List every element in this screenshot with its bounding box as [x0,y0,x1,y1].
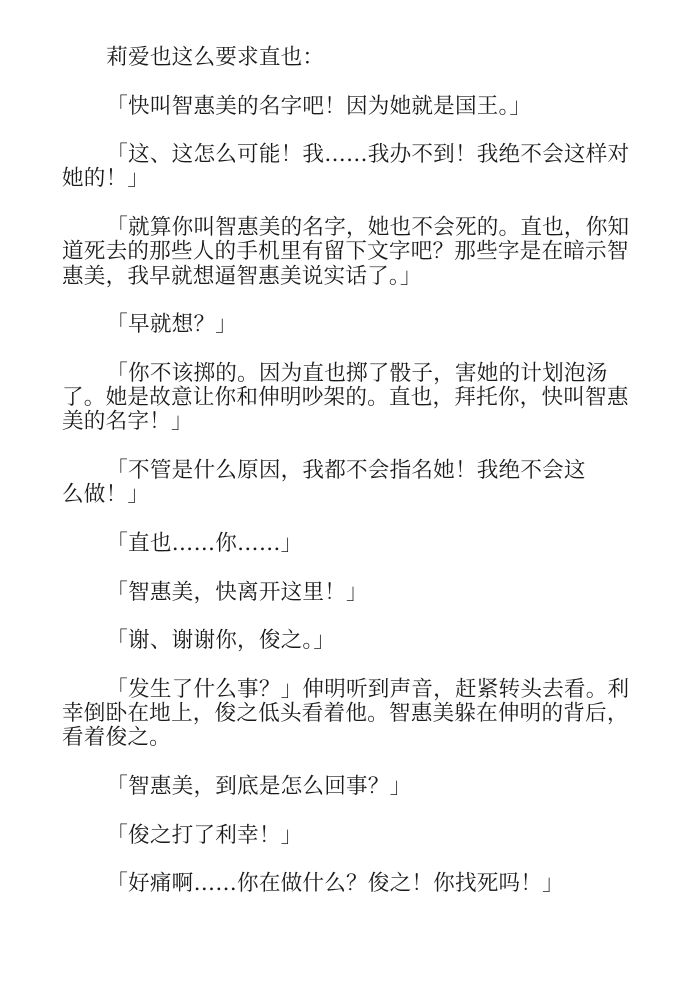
paragraph-dialogue: 「不管是什么原因，我都不会指名她！我绝不会这么做！」 [62,459,602,508]
paragraph-narration: 莉爱也这么要求直也： [62,46,644,70]
paragraph-dialogue: 「快叫智惠美的名字吧！因为她就是国王。」 [62,95,644,119]
paragraph-dialogue: 「俊之打了利幸！」 [62,824,644,848]
paragraph-dialogue: 「智惠美，到底是怎么回事？」 [62,775,644,799]
paragraph-dialogue: 「早就想？」 [62,313,644,337]
paragraph-dialogue: 「这、这怎么可能！我……我办不到！我绝不会这样对她的！」 [62,143,637,192]
paragraph-dialogue: 「好痛啊……你在做什么？俊之！你找死吗！」 [62,872,644,896]
paragraph-narration: 「发生了什么事？」伸明听到声音，赶紧转头去看。利幸倒卧在地上，俊之低头看着他。智… [62,678,644,751]
paragraph-dialogue: 「你不该掷的。因为直也掷了骰子，害她的计划泡汤了。她是故意让你和伸明吵架的。直也… [62,362,644,435]
paragraph-dialogue: 「智惠美，快离开这里！」 [62,581,644,605]
paragraph-dialogue: 「直也……你……」 [62,532,644,556]
paragraph-dialogue: 「就算你叫智惠美的名字，她也不会死的。直也，你知道死去的那些人的手机里有留下文字… [62,216,637,289]
document-page: 莉爱也这么要求直也： 「快叫智惠美的名字吧！因为她就是国王。」 「这、这怎么可能… [62,46,644,921]
paragraph-dialogue: 「谢、谢谢你，俊之。」 [62,629,644,653]
